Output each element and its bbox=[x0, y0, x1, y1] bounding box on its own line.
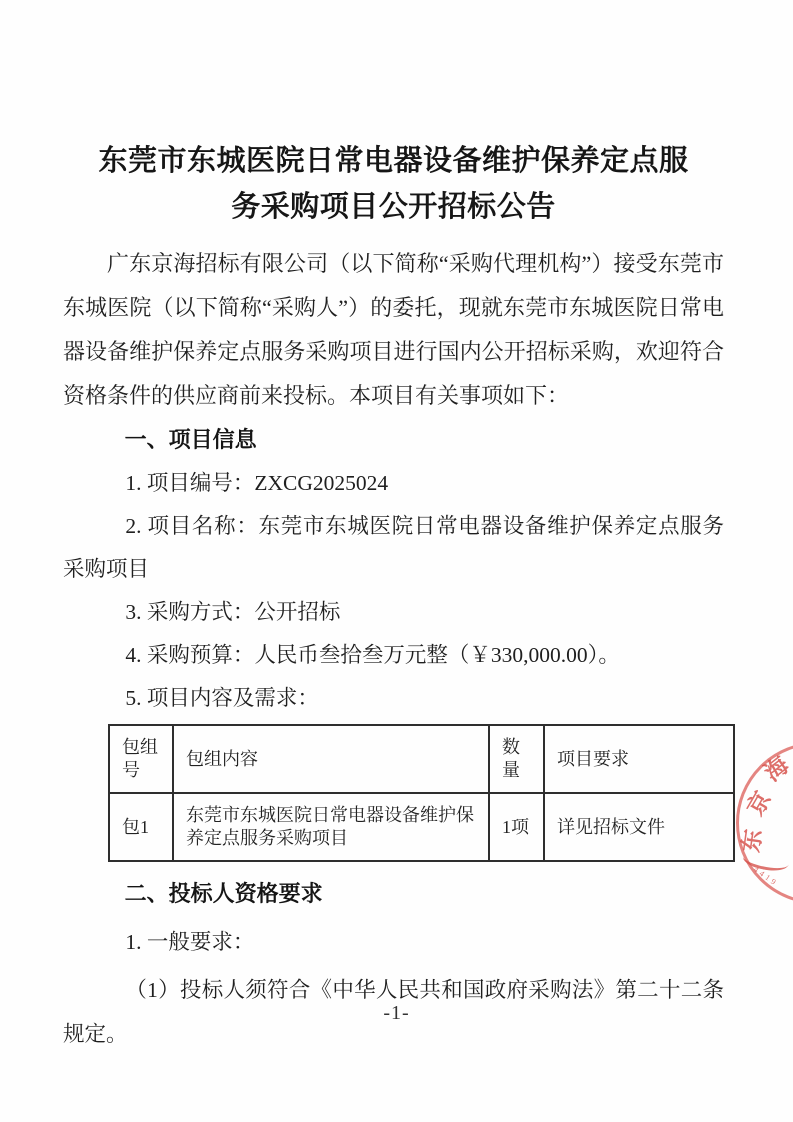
section1-item-budget: 4. 采购预算：人民币叁拾叁万元整（￥330,000.00）。 bbox=[63, 634, 724, 677]
document-page: 东莞市东城医院日常电器设备维护保养定点服务采购项目公开招标公告 广东京海招标有限… bbox=[0, 0, 793, 1122]
seal-char-hai: 海 bbox=[756, 747, 793, 787]
document-title: 东莞市东城医院日常电器设备维护保养定点服务采购项目公开招标公告 bbox=[90, 138, 698, 230]
company-seal-stamp: 海 京 东 4419 bbox=[736, 742, 793, 904]
section1-item-project-number: 1. 项目编号：ZXCG2025024 bbox=[63, 462, 724, 505]
section1-item-content-requirements: 5. 项目内容及需求： bbox=[63, 677, 724, 720]
cell-package-number: 包1 bbox=[109, 793, 173, 861]
header-project-requirements: 项目要求 bbox=[544, 725, 734, 793]
header-quantity: 数量 bbox=[489, 725, 544, 793]
section2-subheading-general-requirements: 1. 一般要求： bbox=[63, 920, 724, 964]
section1-item-project-name: 2. 项目名称：东莞市东城医院日常电器设备维护保养定点服务采购项目 bbox=[63, 505, 724, 591]
section1-item-procurement-method: 3. 采购方式：公开招标 bbox=[63, 591, 724, 634]
document-body: 东莞市东城医院日常电器设备维护保养定点服务采购项目公开招标公告 广东京海招标有限… bbox=[63, 138, 724, 1056]
seal-char-jing: 京 bbox=[737, 784, 777, 820]
intro-paragraph: 广东京海招标有限公司（以下简称“采购代理机构”）接受东莞市东城医院（以下简称“采… bbox=[63, 242, 724, 418]
cell-quantity: 1项 bbox=[489, 793, 544, 861]
table-row: 包1 东莞市东城医院日常电器设备维护保养定点服务采购项目 1项 详见招标文件 bbox=[109, 793, 734, 861]
page-number: -1- bbox=[0, 1002, 793, 1025]
package-table-header-row: 包组号 包组内容 数量 项目要求 bbox=[109, 725, 734, 793]
header-package-number: 包组号 bbox=[109, 725, 173, 793]
cell-project-requirements: 详见招标文件 bbox=[544, 793, 734, 861]
package-table: 包组号 包组内容 数量 项目要求 包1 东莞市东城医院日常电器设备维护保养定点服… bbox=[108, 724, 735, 862]
section1-heading: 一、项目信息 bbox=[63, 418, 724, 462]
header-package-content: 包组内容 bbox=[173, 725, 489, 793]
section2-heading: 二、投标人资格要求 bbox=[63, 872, 724, 916]
cell-package-content: 东莞市东城医院日常电器设备维护保养定点服务采购项目 bbox=[173, 793, 489, 861]
